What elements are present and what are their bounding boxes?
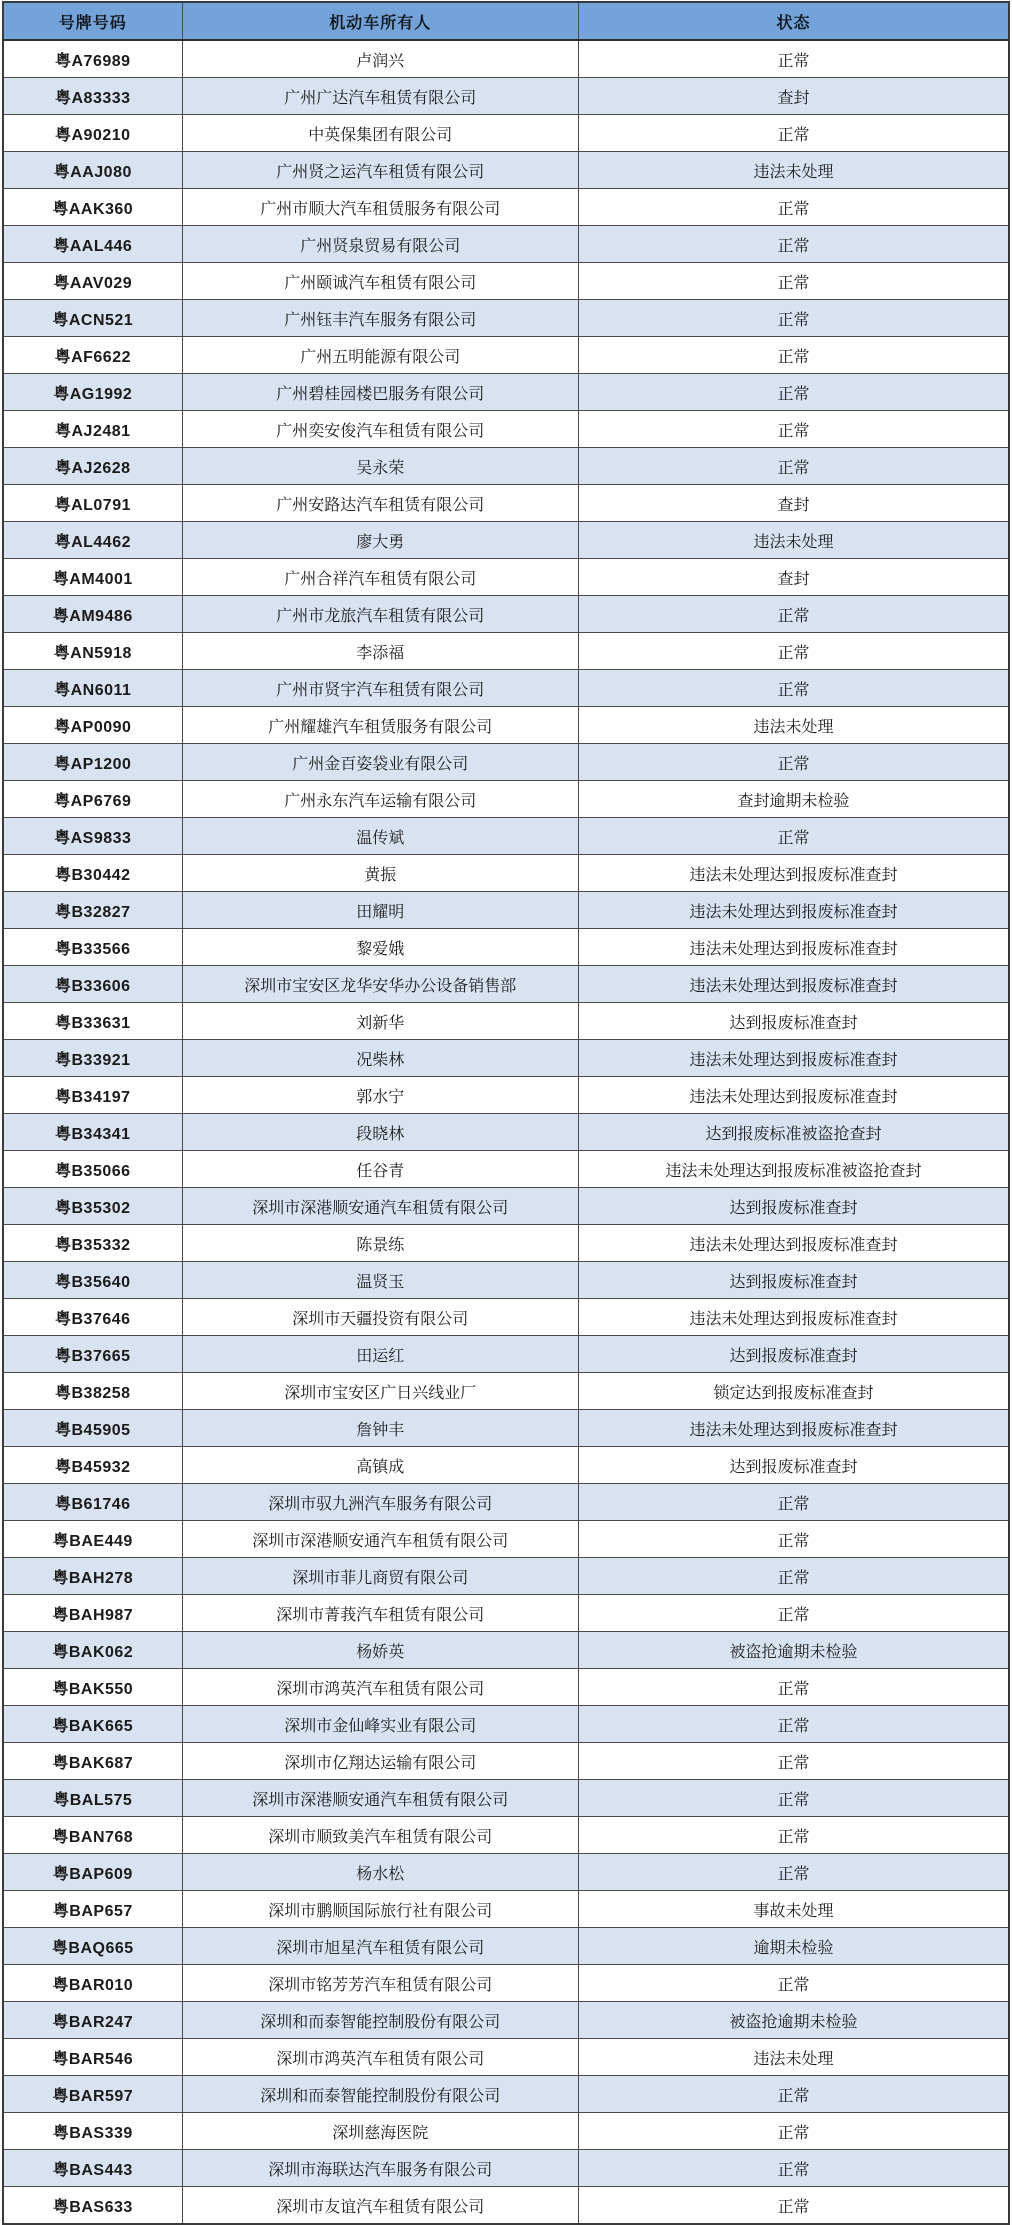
table-row: 粤A83333 广州广达汽车租赁有限公司 查封 [3, 78, 1009, 115]
status-cell: 正常 [578, 1817, 1009, 1854]
table-body: 粤A76989 卢润兴 正常 粤A83333 广州广达汽车租赁有限公司 查封 粤… [3, 40, 1009, 2224]
table-row: 粤BAK687 深圳市亿翔达运输有限公司 正常 [3, 1743, 1009, 1780]
owner-cell: 深圳市深港顺安通汽车租赁有限公司 [182, 1780, 578, 1817]
plate-cell: 粤B37665 [3, 1336, 182, 1373]
owner-cell: 深圳市铭芳芳汽车租赁有限公司 [182, 1965, 578, 2002]
owner-cell: 广州永东汽车运输有限公司 [182, 781, 578, 818]
plate-cell: 粤B61746 [3, 1484, 182, 1521]
owner-cell: 温贤玉 [182, 1262, 578, 1299]
status-cell: 被盗抢逾期未检验 [578, 2002, 1009, 2039]
table-row: 粤BAR546 深圳市鸿英汽车租赁有限公司 违法未处理 [3, 2039, 1009, 2076]
owner-cell: 深圳市驭九洲汽车服务有限公司 [182, 1484, 578, 1521]
owner-cell: 深圳市天疆投资有限公司 [182, 1299, 578, 1336]
status-cell: 查封 [578, 78, 1009, 115]
owner-cell: 广州耀雄汽车租赁服务有限公司 [182, 707, 578, 744]
owner-cell: 卢润兴 [182, 40, 578, 78]
status-cell: 违法未处理 [578, 707, 1009, 744]
status-cell: 正常 [578, 300, 1009, 337]
plate-cell: 粤BAL575 [3, 1780, 182, 1817]
owner-cell: 广州奕安俊汽车租赁有限公司 [182, 411, 578, 448]
status-cell: 违法未处理达到报废标准查封 [578, 1225, 1009, 1262]
status-cell: 违法未处理达到报废标准查封 [578, 966, 1009, 1003]
plate-cell: 粤B30442 [3, 855, 182, 892]
owner-cell: 广州合祥汽车租赁有限公司 [182, 559, 578, 596]
plate-cell: 粤ACN521 [3, 300, 182, 337]
plate-cell: 粤B45905 [3, 1410, 182, 1447]
table-row: 粤AP1200 广州金百姿袋业有限公司 正常 [3, 744, 1009, 781]
owner-cell: 詹钟丰 [182, 1410, 578, 1447]
table-row: 粤BAP657 深圳市鹏顺国际旅行社有限公司 事故未处理 [3, 1891, 1009, 1928]
header-status: 状态 [578, 2, 1009, 40]
table-row: 粤BAK550 深圳市鸿英汽车租赁有限公司 正常 [3, 1669, 1009, 1706]
table-row: 粤AAJ080 广州贤之运汽车租赁有限公司 违法未处理 [3, 152, 1009, 189]
table-row: 粤B45905 詹钟丰 违法未处理达到报废标准查封 [3, 1410, 1009, 1447]
table-row: 粤B35066 任谷青 违法未处理达到报废标准被盗抢查封 [3, 1151, 1009, 1188]
plate-cell: 粤BAK687 [3, 1743, 182, 1780]
plate-cell: 粤B35640 [3, 1262, 182, 1299]
owner-cell: 任谷青 [182, 1151, 578, 1188]
table-row: 粤B35332 陈景练 违法未处理达到报废标准查封 [3, 1225, 1009, 1262]
owner-cell: 广州广达汽车租赁有限公司 [182, 78, 578, 115]
table-row: 粤AN6011 广州市贤宇汽车租赁有限公司 正常 [3, 670, 1009, 707]
plate-cell: 粤AS9833 [3, 818, 182, 855]
plate-cell: 粤AAJ080 [3, 152, 182, 189]
status-cell: 正常 [578, 2187, 1009, 2225]
plate-cell: 粤B33606 [3, 966, 182, 1003]
table-row: 粤BAN768 深圳市顺致美汽车租赁有限公司 正常 [3, 1817, 1009, 1854]
table-row: 粤BAR597 深圳和而泰智能控制股份有限公司 正常 [3, 2076, 1009, 2113]
table-row: 粤BAH987 深圳市菁莪汽车租赁有限公司 正常 [3, 1595, 1009, 1632]
status-cell: 正常 [578, 1965, 1009, 2002]
plate-cell: 粤B33631 [3, 1003, 182, 1040]
status-cell: 正常 [578, 1521, 1009, 1558]
owner-cell: 李添福 [182, 633, 578, 670]
status-cell: 达到报废标准查封 [578, 1262, 1009, 1299]
plate-cell: 粤AL0791 [3, 485, 182, 522]
owner-cell: 田耀明 [182, 892, 578, 929]
table-row: 粤B33631 刘新华 达到报废标准查封 [3, 1003, 1009, 1040]
plate-cell: 粤BAK665 [3, 1706, 182, 1743]
owner-cell: 广州贤泉贸易有限公司 [182, 226, 578, 263]
table-row: 粤BAS339 深圳慈海医院 正常 [3, 2113, 1009, 2150]
status-cell: 正常 [578, 1854, 1009, 1891]
plate-cell: 粤AP0090 [3, 707, 182, 744]
status-cell: 正常 [578, 115, 1009, 152]
owner-cell: 深圳市宝安区龙华安华办公设备销售部 [182, 966, 578, 1003]
status-cell: 正常 [578, 1706, 1009, 1743]
status-cell: 正常 [578, 40, 1009, 78]
table-row: 粤AM9486 广州市龙旅汽车租赁有限公司 正常 [3, 596, 1009, 633]
table-row: 粤AJ2481 广州奕安俊汽车租赁有限公司 正常 [3, 411, 1009, 448]
status-cell: 达到报废标准查封 [578, 1188, 1009, 1225]
plate-cell: 粤B34197 [3, 1077, 182, 1114]
plate-cell: 粤AAL446 [3, 226, 182, 263]
table-row: 粤AF6622 广州五明能源有限公司 正常 [3, 337, 1009, 374]
owner-cell: 深圳和而泰智能控制股份有限公司 [182, 2002, 578, 2039]
owner-cell: 深圳市深港顺安通汽车租赁有限公司 [182, 1521, 578, 1558]
status-cell: 正常 [578, 670, 1009, 707]
owner-cell: 深圳市旭星汽车租赁有限公司 [182, 1928, 578, 1965]
owner-cell: 深圳市金仙峰实业有限公司 [182, 1706, 578, 1743]
table-row: 粤B34341 段晓林 达到报废标准被盗抢查封 [3, 1114, 1009, 1151]
plate-cell: 粤BAE449 [3, 1521, 182, 1558]
status-cell: 锁定达到报废标准查封 [578, 1373, 1009, 1410]
owner-cell: 深圳市鸿英汽车租赁有限公司 [182, 2039, 578, 2076]
table-row: 粤B38258 深圳市宝安区广日兴线业厂 锁定达到报废标准查封 [3, 1373, 1009, 1410]
plate-cell: 粤B45932 [3, 1447, 182, 1484]
plate-cell: 粤AJ2628 [3, 448, 182, 485]
plate-cell: 粤AN5918 [3, 633, 182, 670]
table-row: 粤AAK360 广州市顺大汽车租赁服务有限公司 正常 [3, 189, 1009, 226]
plate-cell: 粤BAR546 [3, 2039, 182, 2076]
owner-cell: 广州碧桂园楼巴服务有限公司 [182, 374, 578, 411]
plate-cell: 粤BAR597 [3, 2076, 182, 2113]
status-cell: 违法未处理达到报废标准查封 [578, 1410, 1009, 1447]
table-row: 粤AJ2628 吴永荣 正常 [3, 448, 1009, 485]
table-row: 粤B30442 黄振 违法未处理达到报废标准查封 [3, 855, 1009, 892]
owner-cell: 深圳市顺致美汽车租赁有限公司 [182, 1817, 578, 1854]
table-row: 粤B33921 况柴林 违法未处理达到报废标准查封 [3, 1040, 1009, 1077]
owner-cell: 广州市顺大汽车租赁服务有限公司 [182, 189, 578, 226]
plate-cell: 粤B33921 [3, 1040, 182, 1077]
owner-cell: 深圳市菁莪汽车租赁有限公司 [182, 1595, 578, 1632]
owner-cell: 深圳市宝安区广日兴线业厂 [182, 1373, 578, 1410]
owner-cell: 杨水松 [182, 1854, 578, 1891]
plate-cell: 粤BAK550 [3, 1669, 182, 1706]
plate-cell: 粤B38258 [3, 1373, 182, 1410]
status-cell: 违法未处理达到报废标准查封 [578, 929, 1009, 966]
owner-cell: 田运红 [182, 1336, 578, 1373]
owner-cell: 廖大勇 [182, 522, 578, 559]
table-row: 粤AAV029 广州颐诚汽车租赁有限公司 正常 [3, 263, 1009, 300]
plate-cell: 粤A90210 [3, 115, 182, 152]
plate-cell: 粤BAS339 [3, 2113, 182, 2150]
status-cell: 查封逾期未检验 [578, 781, 1009, 818]
status-cell: 正常 [578, 1595, 1009, 1632]
plate-cell: 粤B35302 [3, 1188, 182, 1225]
plate-cell: 粤AM4001 [3, 559, 182, 596]
status-cell: 正常 [578, 2076, 1009, 2113]
status-cell: 违法未处理达到报废标准查封 [578, 1299, 1009, 1336]
table-row: 粤BAR010 深圳市铭芳芳汽车租赁有限公司 正常 [3, 1965, 1009, 2002]
table-row: 粤BAS633 深圳市友谊汽车租赁有限公司 正常 [3, 2187, 1009, 2225]
status-cell: 正常 [578, 411, 1009, 448]
table-row: 粤BAE449 深圳市深港顺安通汽车租赁有限公司 正常 [3, 1521, 1009, 1558]
owner-cell: 深圳和而泰智能控制股份有限公司 [182, 2076, 578, 2113]
status-cell: 正常 [578, 2150, 1009, 2187]
owner-cell: 段晓林 [182, 1114, 578, 1151]
plate-cell: 粤AM9486 [3, 596, 182, 633]
owner-cell: 深圳市友谊汽车租赁有限公司 [182, 2187, 578, 2225]
status-cell: 违法未处理达到报废标准查封 [578, 892, 1009, 929]
owner-cell: 黎爱娥 [182, 929, 578, 966]
table-row: 粤BAK062 杨娇英 被盗抢逾期未检验 [3, 1632, 1009, 1669]
table-row: 粤AL0791 广州安路达汽车租赁有限公司 查封 [3, 485, 1009, 522]
plate-cell: 粤AN6011 [3, 670, 182, 707]
header-vehicle-owner: 机动车所有人 [182, 2, 578, 40]
table-row: 粤AN5918 李添福 正常 [3, 633, 1009, 670]
table-row: 粤AS9833 温传斌 正常 [3, 818, 1009, 855]
status-cell: 正常 [578, 1669, 1009, 1706]
table-header: 号牌号码 机动车所有人 状态 [3, 2, 1009, 40]
table-row: 粤AP0090 广州耀雄汽车租赁服务有限公司 违法未处理 [3, 707, 1009, 744]
owner-cell: 况柴林 [182, 1040, 578, 1077]
table-row: 粤BAQ665 深圳市旭星汽车租赁有限公司 逾期未检验 [3, 1928, 1009, 1965]
owner-cell: 温传斌 [182, 818, 578, 855]
table-row: 粤A76989 卢润兴 正常 [3, 40, 1009, 78]
plate-cell: 粤BAK062 [3, 1632, 182, 1669]
plate-cell: 粤B35332 [3, 1225, 182, 1262]
header-row: 号牌号码 机动车所有人 状态 [3, 2, 1009, 40]
plate-cell: 粤AJ2481 [3, 411, 182, 448]
status-cell: 被盗抢逾期未检验 [578, 1632, 1009, 1669]
table-row: 粤B61746 深圳市驭九洲汽车服务有限公司 正常 [3, 1484, 1009, 1521]
plate-cell: 粤B32827 [3, 892, 182, 929]
status-cell: 正常 [578, 448, 1009, 485]
status-cell: 违法未处理达到报废标准被盗抢查封 [578, 1151, 1009, 1188]
plate-cell: 粤B34341 [3, 1114, 182, 1151]
owner-cell: 广州钰丰汽车服务有限公司 [182, 300, 578, 337]
plate-cell: 粤B35066 [3, 1151, 182, 1188]
table-row: 粤AAL446 广州贤泉贸易有限公司 正常 [3, 226, 1009, 263]
plate-cell: 粤A76989 [3, 40, 182, 78]
plate-cell: 粤BAS633 [3, 2187, 182, 2225]
table-row: 粤B33566 黎爱娥 违法未处理达到报废标准查封 [3, 929, 1009, 966]
owner-cell: 广州颐诚汽车租赁有限公司 [182, 263, 578, 300]
plate-cell: 粤BAH987 [3, 1595, 182, 1632]
status-cell: 正常 [578, 1780, 1009, 1817]
status-cell: 正常 [578, 1558, 1009, 1595]
status-cell: 事故未处理 [578, 1891, 1009, 1928]
owner-cell: 广州金百姿袋业有限公司 [182, 744, 578, 781]
table-row: 粤B35302 深圳市深港顺安通汽车租赁有限公司 达到报废标准查封 [3, 1188, 1009, 1225]
status-cell: 达到报废标准被盗抢查封 [578, 1114, 1009, 1151]
status-cell: 查封 [578, 559, 1009, 596]
plate-cell: 粤B33566 [3, 929, 182, 966]
table-row: 粤AL4462 廖大勇 违法未处理 [3, 522, 1009, 559]
status-cell: 正常 [578, 2113, 1009, 2150]
owner-cell: 黄振 [182, 855, 578, 892]
status-cell: 正常 [578, 596, 1009, 633]
status-cell: 正常 [578, 337, 1009, 374]
plate-cell: 粤AP1200 [3, 744, 182, 781]
table-row: 粤BAK665 深圳市金仙峰实业有限公司 正常 [3, 1706, 1009, 1743]
status-cell: 正常 [578, 818, 1009, 855]
owner-cell: 深圳市海联达汽车服务有限公司 [182, 2150, 578, 2187]
owner-cell: 深圳市鹏顺国际旅行社有限公司 [182, 1891, 578, 1928]
table-row: 粤BAS443 深圳市海联达汽车服务有限公司 正常 [3, 2150, 1009, 2187]
owner-cell: 广州市龙旅汽车租赁有限公司 [182, 596, 578, 633]
vehicle-status-table-wrap: 号牌号码 机动车所有人 状态 粤A76989 卢润兴 正常 粤A83333 广州… [0, 0, 1012, 2225]
owner-cell: 深圳慈海医院 [182, 2113, 578, 2150]
plate-cell: 粤BAP609 [3, 1854, 182, 1891]
status-cell: 正常 [578, 1743, 1009, 1780]
plate-cell: 粤BAR010 [3, 1965, 182, 2002]
status-cell: 正常 [578, 189, 1009, 226]
status-cell: 达到报废标准查封 [578, 1447, 1009, 1484]
table-row: 粤B34197 郭水宁 违法未处理达到报废标准查封 [3, 1077, 1009, 1114]
status-cell: 违法未处理达到报废标准查封 [578, 1077, 1009, 1114]
vehicle-status-table: 号牌号码 机动车所有人 状态 粤A76989 卢润兴 正常 粤A83333 广州… [2, 1, 1010, 2225]
header-plate-number: 号牌号码 [3, 2, 182, 40]
status-cell: 正常 [578, 263, 1009, 300]
owner-cell: 刘新华 [182, 1003, 578, 1040]
plate-cell: 粤BAN768 [3, 1817, 182, 1854]
owner-cell: 深圳市菲儿商贸有限公司 [182, 1558, 578, 1595]
owner-cell: 广州五明能源有限公司 [182, 337, 578, 374]
plate-cell: 粤AAV029 [3, 263, 182, 300]
table-row: 粤BAL575 深圳市深港顺安通汽车租赁有限公司 正常 [3, 1780, 1009, 1817]
status-cell: 正常 [578, 1484, 1009, 1521]
plate-cell: 粤BAP657 [3, 1891, 182, 1928]
table-row: 粤A90210 中英保集团有限公司 正常 [3, 115, 1009, 152]
owner-cell: 广州贤之运汽车租赁有限公司 [182, 152, 578, 189]
status-cell: 违法未处理 [578, 152, 1009, 189]
table-row: 粤B37646 深圳市天疆投资有限公司 违法未处理达到报废标准查封 [3, 1299, 1009, 1336]
status-cell: 违法未处理达到报废标准查封 [578, 855, 1009, 892]
table-row: 粤AG1992 广州碧桂园楼巴服务有限公司 正常 [3, 374, 1009, 411]
plate-cell: 粤BAQ665 [3, 1928, 182, 1965]
table-row: 粤B32827 田耀明 违法未处理达到报废标准查封 [3, 892, 1009, 929]
owner-cell: 中英保集团有限公司 [182, 115, 578, 152]
owner-cell: 高镇成 [182, 1447, 578, 1484]
table-row: 粤BAP609 杨水松 正常 [3, 1854, 1009, 1891]
status-cell: 查封 [578, 485, 1009, 522]
table-row: 粤AP6769 广州永东汽车运输有限公司 查封逾期未检验 [3, 781, 1009, 818]
status-cell: 达到报废标准查封 [578, 1003, 1009, 1040]
plate-cell: 粤BAS443 [3, 2150, 182, 2187]
plate-cell: 粤AAK360 [3, 189, 182, 226]
owner-cell: 杨娇英 [182, 1632, 578, 1669]
status-cell: 正常 [578, 744, 1009, 781]
status-cell: 正常 [578, 226, 1009, 263]
plate-cell: 粤AG1992 [3, 374, 182, 411]
table-row: 粤AM4001 广州合祥汽车租赁有限公司 查封 [3, 559, 1009, 596]
owner-cell: 郭水宁 [182, 1077, 578, 1114]
table-row: 粤B33606 深圳市宝安区龙华安华办公设备销售部 违法未处理达到报废标准查封 [3, 966, 1009, 1003]
owner-cell: 深圳市亿翔达运输有限公司 [182, 1743, 578, 1780]
table-row: 粤BAH278 深圳市菲儿商贸有限公司 正常 [3, 1558, 1009, 1595]
plate-cell: 粤A83333 [3, 78, 182, 115]
plate-cell: 粤BAH278 [3, 1558, 182, 1595]
status-cell: 逾期未检验 [578, 1928, 1009, 1965]
status-cell: 违法未处理 [578, 2039, 1009, 2076]
owner-cell: 广州安路达汽车租赁有限公司 [182, 485, 578, 522]
owner-cell: 吴永荣 [182, 448, 578, 485]
owner-cell: 深圳市鸿英汽车租赁有限公司 [182, 1669, 578, 1706]
plate-cell: 粤B37646 [3, 1299, 182, 1336]
table-row: 粤B35640 温贤玉 达到报废标准查封 [3, 1262, 1009, 1299]
owner-cell: 深圳市深港顺安通汽车租赁有限公司 [182, 1188, 578, 1225]
status-cell: 违法未处理达到报废标准查封 [578, 1040, 1009, 1077]
plate-cell: 粤BAR247 [3, 2002, 182, 2039]
plate-cell: 粤AF6622 [3, 337, 182, 374]
status-cell: 正常 [578, 633, 1009, 670]
plate-cell: 粤AL4462 [3, 522, 182, 559]
status-cell: 正常 [578, 374, 1009, 411]
owner-cell: 广州市贤宇汽车租赁有限公司 [182, 670, 578, 707]
owner-cell: 陈景练 [182, 1225, 578, 1262]
table-row: 粤ACN521 广州钰丰汽车服务有限公司 正常 [3, 300, 1009, 337]
table-row: 粤BAR247 深圳和而泰智能控制股份有限公司 被盗抢逾期未检验 [3, 2002, 1009, 2039]
status-cell: 达到报废标准查封 [578, 1336, 1009, 1373]
table-row: 粤B45932 高镇成 达到报废标准查封 [3, 1447, 1009, 1484]
status-cell: 违法未处理 [578, 522, 1009, 559]
plate-cell: 粤AP6769 [3, 781, 182, 818]
table-row: 粤B37665 田运红 达到报废标准查封 [3, 1336, 1009, 1373]
